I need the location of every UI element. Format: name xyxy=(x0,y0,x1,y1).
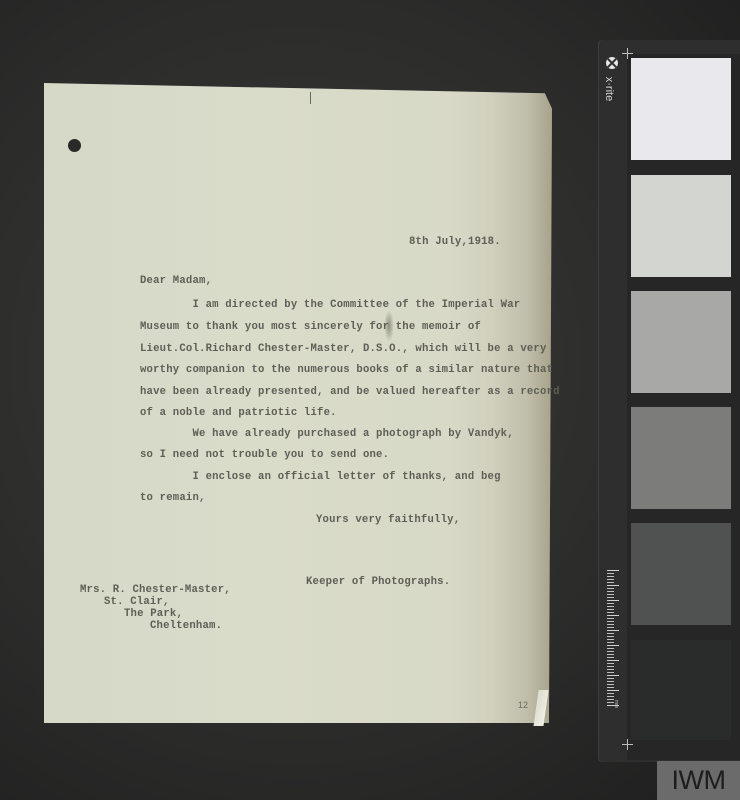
crosshair-icon xyxy=(622,48,633,59)
gray-swatch-3 xyxy=(631,291,731,393)
crosshair-icon xyxy=(622,739,633,750)
recipient-address-line: Cheltenham. xyxy=(150,621,222,632)
letter-closing: Yours very faithfully, xyxy=(316,515,460,526)
body-line: Museum to thank you most sincerely for t… xyxy=(140,322,481,333)
xrite-brand: x·rite xyxy=(601,53,625,113)
gray-swatch-1 xyxy=(631,58,731,160)
body-line: of a noble and patriotic life. xyxy=(140,408,337,419)
body-line: worthy companion to the numerous books o… xyxy=(140,365,553,376)
punch-hole xyxy=(68,139,81,152)
recipient-name: Mrs. R. Chester-Master, xyxy=(80,585,231,596)
ruler-unit-label: mm xyxy=(613,700,619,708)
recipient-address-line: The Park, xyxy=(124,609,183,620)
xrite-logo-icon xyxy=(606,57,618,69)
signature-title: Keeper of Photographs. xyxy=(306,577,450,588)
pencil-mark xyxy=(310,92,311,104)
letter-salutation: Dear Madam, xyxy=(140,276,212,287)
ruler-major-ticks xyxy=(607,570,619,708)
gray-swatch-5 xyxy=(631,523,731,625)
body-line: so I need not trouble you to send one. xyxy=(140,450,389,461)
body-line: have been already presented, and be valu… xyxy=(140,387,560,398)
iwm-watermark: IWM xyxy=(657,761,740,800)
gray-swatch-4 xyxy=(631,407,731,509)
body-line: We have already purchased a photograph b… xyxy=(140,429,514,440)
body-line: I am directed by the Committee of the Im… xyxy=(140,300,520,311)
body-line: Lieut.Col.Richard Chester-Master, D.S.O.… xyxy=(140,344,547,355)
page-number: 12 xyxy=(518,700,528,710)
ink-smudge xyxy=(384,310,394,342)
recipient-address-line: St. Clair, xyxy=(104,597,170,608)
gray-swatch-2 xyxy=(631,175,731,277)
letter-date: 8th July,1918. xyxy=(409,237,501,248)
letter-page xyxy=(44,83,552,723)
body-line: to remain, xyxy=(140,493,206,504)
body-line: I enclose an official letter of thanks, … xyxy=(140,472,501,483)
xrite-brand-text: x·rite xyxy=(603,77,615,101)
gray-swatch-6 xyxy=(631,640,731,740)
